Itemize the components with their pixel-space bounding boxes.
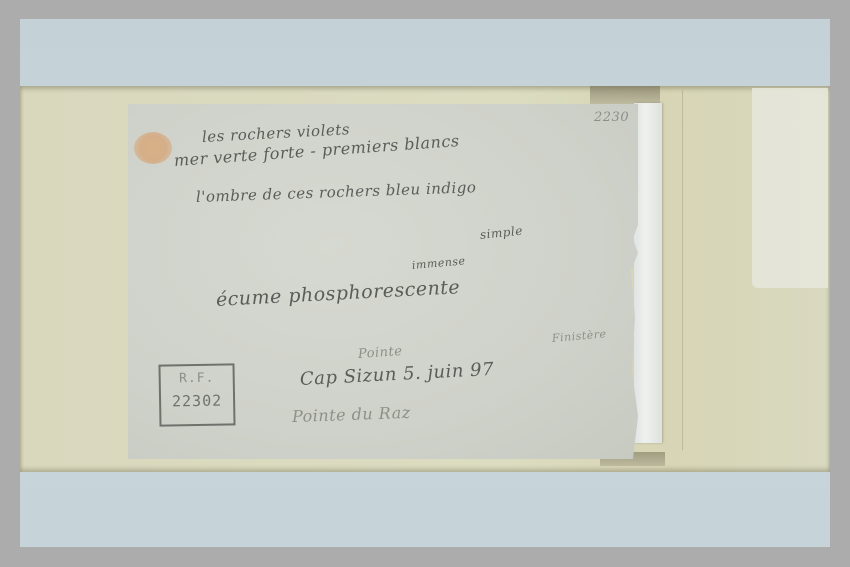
stamp-prefix: R.F.: [161, 367, 233, 390]
board-paper-patch: [752, 88, 828, 288]
stain-mark: [134, 132, 172, 164]
hinge-paper-strip: [634, 103, 662, 443]
corner-number-note: 2230: [594, 110, 629, 125]
note-line-5-insertion-right: Finistère: [551, 327, 607, 345]
note-line-3-insertion: simple: [479, 224, 523, 242]
note-line-5-insertion: Pointe: [357, 344, 402, 362]
stamp-number: 22302: [161, 389, 233, 412]
document-sheet: 2230 les rochers violets mer verte forte…: [128, 104, 638, 459]
note-line-6: Pointe du Raz: [292, 403, 411, 426]
board-fold-line: [682, 90, 683, 450]
collection-stamp: R.F. 22302: [158, 363, 235, 426]
note-line-3: l'ombre de ces rochers bleu indigo: [196, 178, 477, 206]
note-line-4: écume phosphorescente: [215, 276, 460, 311]
note-line-4-insertion: immense: [411, 254, 466, 272]
note-line-5-date: Cap Sizun 5. juin 97: [299, 359, 494, 390]
